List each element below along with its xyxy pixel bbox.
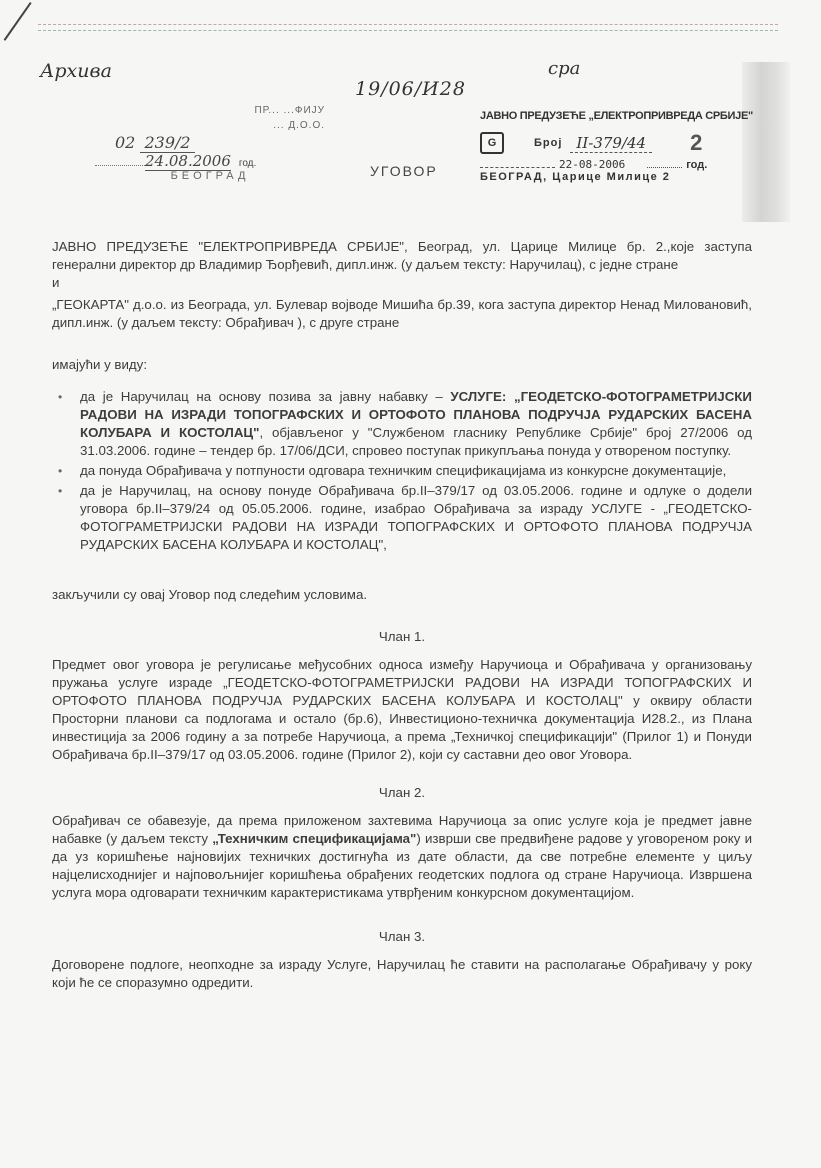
recital-item: да је Наручилац на основу позива за јавн…: [52, 388, 752, 460]
pen-stroke: [4, 2, 32, 41]
contract-body: ЈАВНО ПРЕДУЗЕЋЕ "ЕЛЕКТРОПРИВРЕДА СРБИЈЕ"…: [52, 238, 752, 992]
recitals-label: имајући у виду:: [52, 356, 752, 374]
article-2-title: Члан 2.: [52, 784, 752, 802]
article-3-title: Члан 3.: [52, 928, 752, 946]
stamp-number: 02 239/2: [115, 133, 325, 152]
party-conjunction: и: [52, 274, 752, 292]
recital-text: да понуда Обрађивача у потпуности одгова…: [80, 463, 726, 478]
stamp-city: БЕОГРАД: [95, 170, 325, 182]
stamp-line-1: ПР... ...ФИЈУ: [95, 105, 325, 116]
stamp-number-value: II-379/44: [570, 134, 652, 153]
recital-text: да је Наручилац на основу позива за јавн…: [80, 389, 450, 404]
stamp-address: БЕОГРАД, Царице Милице 2: [480, 171, 780, 183]
stamp-year-label: год.: [686, 159, 707, 171]
concluded-statement: закључили су овај Уговор под следећим ус…: [52, 586, 752, 604]
handwritten-registry-number: 19/06/И28: [355, 78, 466, 100]
dotted-line: [647, 167, 682, 168]
dashed-line: [480, 167, 555, 168]
scan-border-line: [38, 30, 778, 31]
stamp-organization: ЈАВНО ПРЕДУЗЕЋЕ „ЕЛЕКТРОПРИВРЕДА СРБИЈЕ": [480, 110, 780, 122]
recitals-list: да је Наручилац на основу позива за јавн…: [52, 388, 752, 554]
contractor-stamp: ПР... ...ФИЈУ ... Д.О.О. 02 239/2 24.08.…: [95, 105, 325, 182]
stamp-number-label: Број: [534, 137, 562, 149]
handwritten-initials: сра: [548, 58, 580, 79]
article-1-title: Члан 1.: [52, 628, 752, 646]
stamp-date: 24.08.2006год.: [95, 152, 325, 170]
scan-border-line: [38, 24, 778, 25]
stamp-date-value: 24.08.2006: [145, 152, 231, 171]
stamp-number-prefix: 02: [115, 133, 135, 152]
party-2: „ГЕОКАРТА" д.о.о. из Београда, ул. Булев…: [52, 296, 752, 332]
article-1-text: Предмет овог уговора је регулисање међус…: [52, 656, 752, 764]
recital-item: да је Наручилац, на основу понуде Обрађи…: [52, 482, 752, 554]
stamp-line-2: ... Д.О.О.: [95, 120, 325, 131]
stamp-date-value: 22-08-2006: [559, 158, 625, 171]
contract-page: Архива 19/06/И28 сра ПР... ...ФИЈУ ... Д…: [0, 0, 821, 1168]
stamp-number-value: 239/2: [140, 133, 194, 153]
party-1: ЈАВНО ПРЕДУЗЕЋЕ "ЕЛЕКТРОПРИВРЕДА СРБИЈЕ"…: [52, 238, 752, 274]
recital-item: да понуда Обрађивача у потпуности одгова…: [52, 462, 752, 480]
document-title: УГОВОР: [370, 163, 438, 179]
dotted-line: [95, 165, 145, 166]
article-3-text: Договорене подлоге, неопходне за израду …: [52, 956, 752, 992]
recital-text: да је Наручилац, на основу понуде Обрађи…: [80, 483, 752, 552]
handwritten-archive-note: Архива: [40, 60, 112, 82]
stamp-year-label: год.: [239, 158, 256, 169]
eps-logo-icon: G: [480, 132, 504, 154]
article-2-bold-part: „Техничким спецификацијама": [212, 831, 416, 846]
page-number: 2: [690, 130, 702, 156]
eps-registry-stamp: ЈАВНО ПРЕДУЗЕЋЕ „ЕЛЕКТРОПРИВРЕДА СРБИЈЕ"…: [480, 110, 780, 183]
article-2-text: Обрађивач се обавезује, да према приложе…: [52, 812, 752, 902]
